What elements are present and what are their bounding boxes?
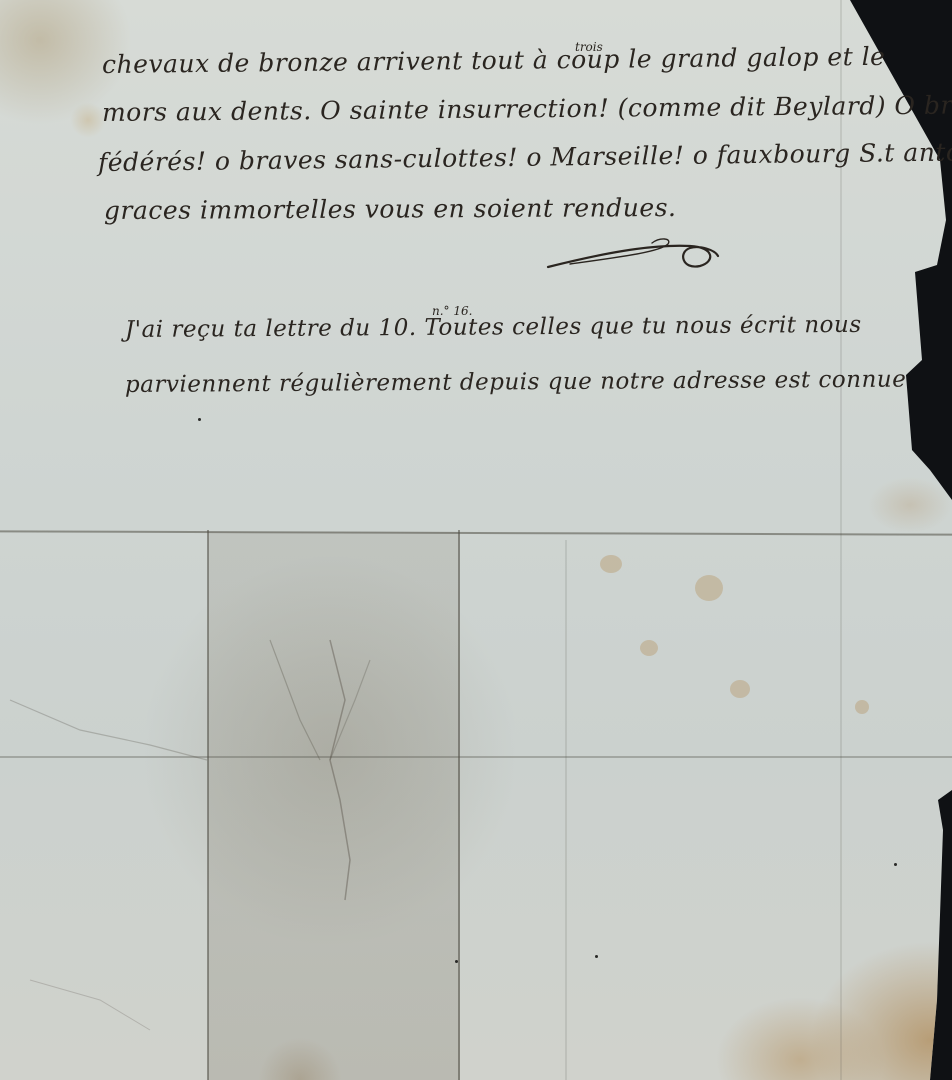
- signature-flourish-icon: [540, 232, 720, 282]
- letter-line-6: parviennent régulièrement depuis que not…: [125, 367, 906, 398]
- foxing-spot: [730, 680, 750, 698]
- foxing-spot: [600, 555, 622, 573]
- ink-speck: [894, 863, 897, 866]
- letter-line-5: J'ai reçu ta lettre du 10. Toutes celles…: [125, 312, 862, 343]
- foxing-spot: [640, 640, 658, 656]
- interlinear-insertion: trois: [575, 40, 603, 54]
- foxing-spot: [855, 700, 869, 714]
- horizontal-fold-crease: [0, 756, 952, 758]
- ink-speck: [455, 960, 458, 963]
- letter-line-4: graces immortelles vous en soient rendue…: [104, 193, 677, 225]
- horizontal-fold-crease: [0, 530, 952, 535]
- foxing-spot: [695, 575, 723, 601]
- vertical-fold-crease: [565, 540, 567, 1080]
- ink-speck: [595, 955, 598, 958]
- darkened-fold-panel: [208, 532, 460, 1080]
- ink-speck: [198, 418, 201, 421]
- scanned-letter-page: chevaux de bronze arrivent tout à coup l…: [0, 0, 952, 1080]
